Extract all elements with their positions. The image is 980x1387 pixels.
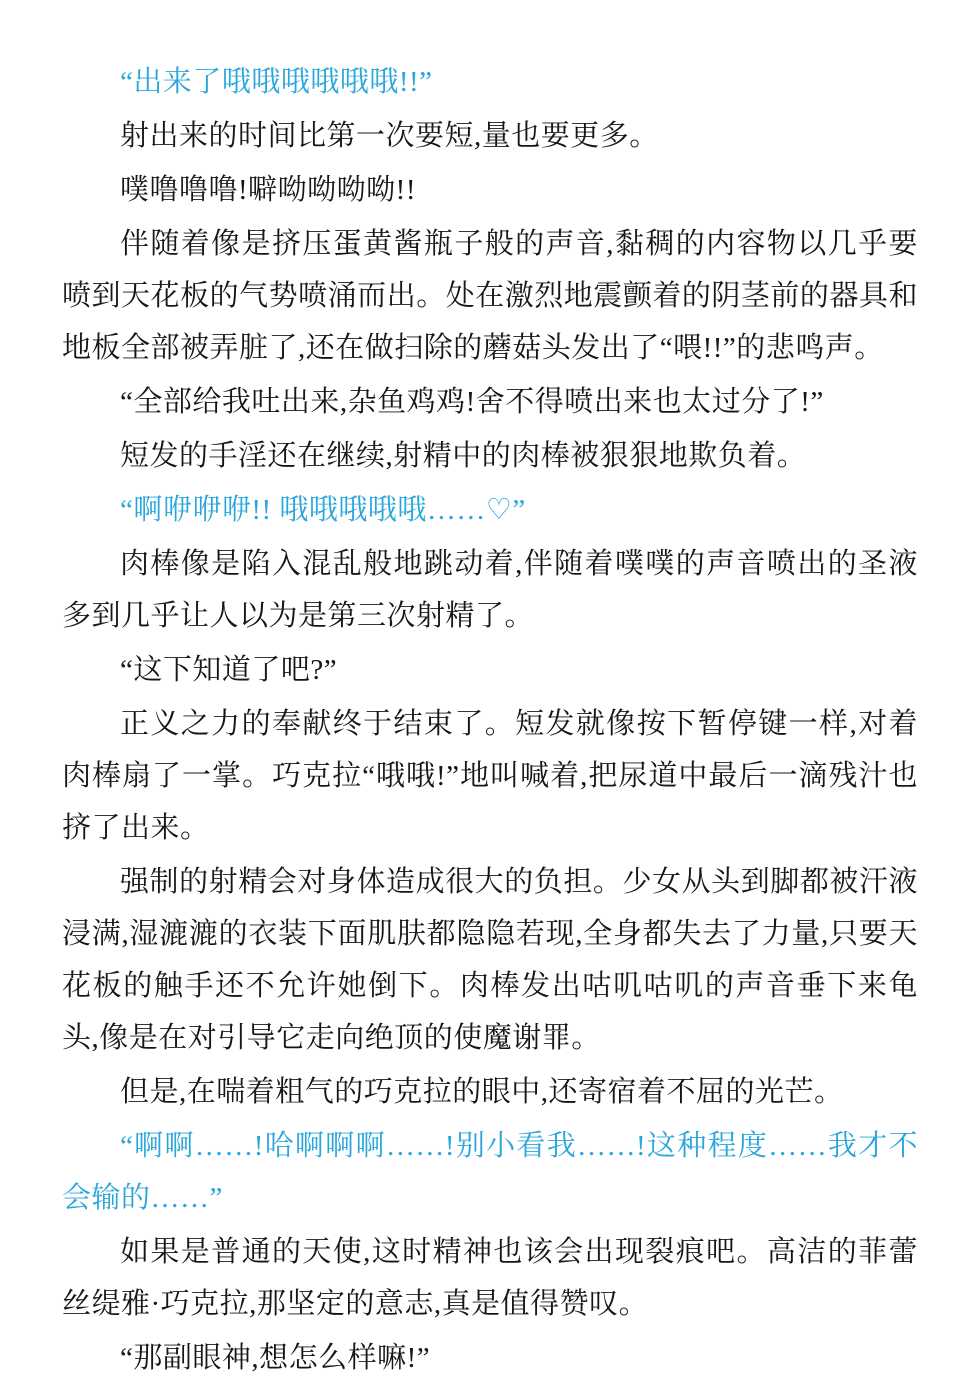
narration-paragraph: 强制的射精会对身体造成很大的负担。少女从头到脚都被汗液浸满,湿漉漉的衣装下面肌肤…	[62, 856, 918, 1064]
dialogue-paragraph: “啊咿咿咿!! 哦哦哦哦哦……♡”	[62, 484, 918, 536]
document-body: “出来了哦哦哦哦哦哦!!”射出来的时间比第一次要短,量也要更多。噗噜噜噜!噼呦呦…	[62, 56, 918, 1384]
dialogue-paragraph: “出来了哦哦哦哦哦哦!!”	[62, 56, 918, 108]
narration-paragraph: “全部给我吐出来,杂鱼鸡鸡!舍不得喷出来也太过分了!”	[62, 376, 918, 428]
narration-paragraph: 肉棒像是陷入混乱般地跳动着,伴随着噗噗的声音喷出的圣液多到几乎让人以为是第三次射…	[62, 538, 918, 642]
document-page: “出来了哦哦哦哦哦哦!!”射出来的时间比第一次要短,量也要更多。噗噜噜噜!噼呦呦…	[0, 0, 980, 1387]
narration-paragraph: “那副眼神,想怎么样嘛!”	[62, 1332, 918, 1384]
narration-paragraph: 正义之力的奉献终于结束了。短发就像按下暂停键一样,对着肉棒扇了一掌。巧克拉“哦哦…	[62, 698, 918, 854]
narration-paragraph: 如果是普通的天使,这时精神也该会出现裂痕吧。高洁的菲蕾丝缇雅·巧克拉,那坚定的意…	[62, 1226, 918, 1330]
narration-paragraph: 噗噜噜噜!噼呦呦呦呦!!	[62, 164, 918, 216]
narration-paragraph: 但是,在喘着粗气的巧克拉的眼中,还寄宿着不屈的光芒。	[62, 1066, 918, 1118]
narration-paragraph: 短发的手淫还在继续,射精中的肉棒被狠狠地欺负着。	[62, 430, 918, 482]
narration-paragraph: “这下知道了吧?”	[62, 644, 918, 696]
narration-paragraph: 射出来的时间比第一次要短,量也要更多。	[62, 110, 918, 162]
narration-paragraph: 伴随着像是挤压蛋黄酱瓶子般的声音,黏稠的内容物以几乎要喷到天花板的气势喷涌而出。…	[62, 218, 918, 374]
dialogue-paragraph: “啊啊……!哈啊啊啊……!别小看我……!这种程度……我才不会输的……”	[62, 1120, 918, 1224]
